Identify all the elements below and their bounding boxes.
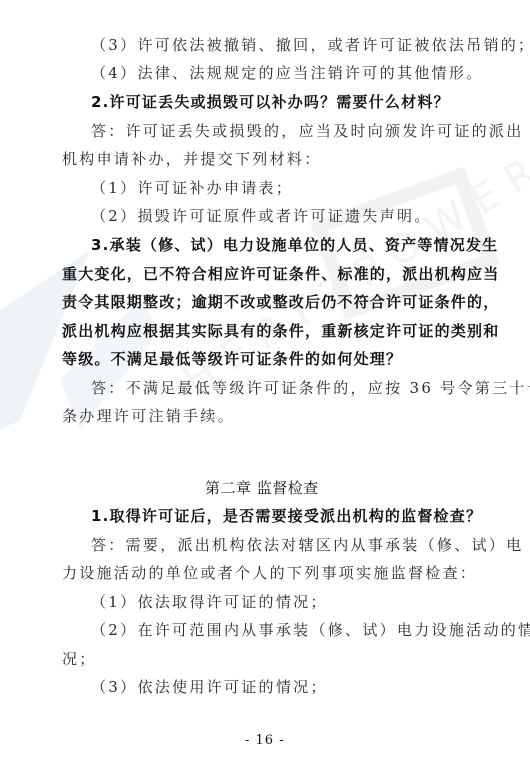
list-item: （2）损毁许可证原件或者许可证遗失声明。: [91, 206, 432, 226]
question-heading: 等级。不满足最低等级许可证条件的如何处理？: [62, 349, 402, 369]
list-item: （3）依法使用许可证的情况；: [91, 677, 328, 697]
answer-paragraph: 答：许可证丢失或损毁的，应当及时向颁发许可证的派出: [91, 121, 524, 141]
list-item: （2）在许可范围内从事承装（修、试）电力设施活动的情: [91, 620, 530, 640]
question-heading: 1.取得许可证后，是否需要接受派出机构的监督检查？: [91, 506, 482, 526]
list-item: （4）法律、法规规定的应当注销许可的其他情形。: [91, 63, 483, 83]
answer-paragraph: 答：需要，派出机构依法对辖区内从事承装（修、试）电: [91, 535, 524, 555]
list-item: 况；: [62, 649, 97, 669]
question-heading: 3.承装（修、试）电力设施单位的人员、资产等情况发生: [91, 235, 498, 255]
list-item: （1）依法取得许可证的情况；: [91, 592, 328, 612]
list-item: （1）许可证补办申请表；: [91, 178, 293, 198]
question-heading: 派出机构应根据其实际具有的条件，重新核定许可证的类别和: [62, 321, 499, 341]
chapter-title: 第二章 监督检查: [205, 478, 319, 498]
answer-paragraph: 力设施活动的单位或者个人的下列事项实施监督检查：: [62, 563, 477, 583]
question-heading: 责令其限期整改；逾期不改或整改后仍不符合许可证条件的，: [62, 292, 499, 312]
question-heading: 重大变化，已不符合相应许可证条件、标准的，派出机构应当: [62, 264, 499, 284]
question-heading: 2.许可证丢失或损毁可以补办吗？需要什么材料？: [91, 92, 450, 112]
answer-paragraph: 答：不满足最低等级许可证条件的，应按 36 号令第三十一: [91, 378, 530, 398]
answer-paragraph: 条办理许可注销手续。: [62, 406, 235, 426]
page-number: - 16 -: [245, 731, 285, 751]
answer-paragraph: 机构申请补办，并提交下列材料：: [62, 149, 322, 169]
list-item: （3）许可依法被撤销、撤回，或者许可证被依法吊销的；: [91, 35, 530, 55]
